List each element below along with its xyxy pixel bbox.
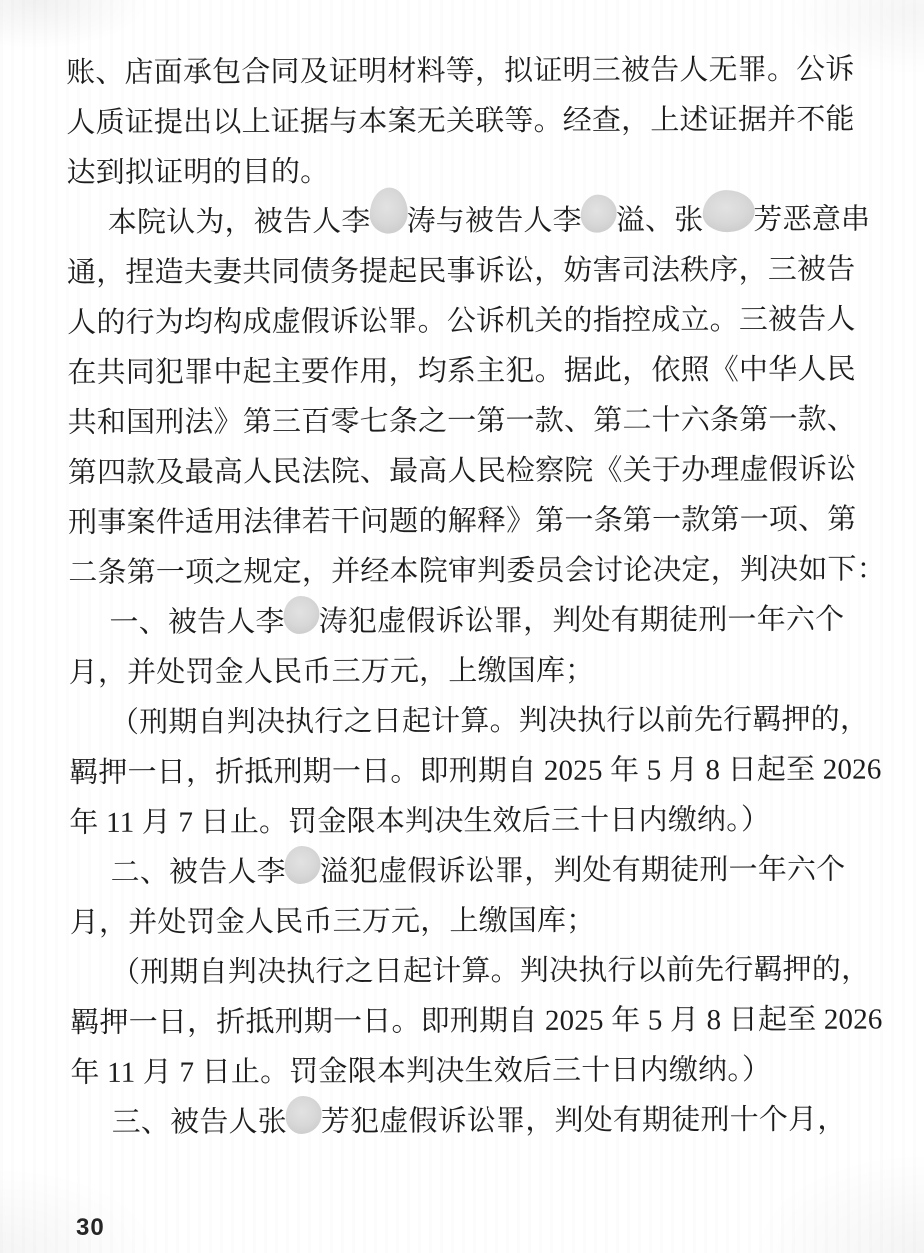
doc-line: 年 11 月 7 日止。罚金限本判决生效后三十日内缴纳。） xyxy=(70,1044,878,1098)
doc-line: 羁押一日，折抵刑期一日。即刑期自 2025 年 5 月 8 日起至 2026 xyxy=(70,994,878,1048)
line-text: 三、被告人张 xyxy=(112,1106,287,1139)
line-text: 涛犯虚假诉讼罪，判处有期徒刑一年六个 xyxy=(319,604,845,638)
doc-line: 年 11 月 7 日止。罚金限本判决生效后三十日内缴纳。） xyxy=(69,794,877,848)
doc-line: 刑事案件适用法律若干问题的解释》第一条第一款第一项、第 xyxy=(68,494,876,548)
redaction-blob xyxy=(286,1096,322,1134)
doc-line-verdict-item-1: 一、被告人李涛犯虚假诉讼罪，判处有期徒刑一年六个 xyxy=(68,594,876,648)
doc-line: 月，并处罚金人民币三万元，上缴国库； xyxy=(70,894,878,948)
doc-line-verdict-item-2: 二、被告人李溢犯虚假诉讼罪，判处有期徒刑一年六个 xyxy=(69,844,877,898)
doc-line: 在共同犯罪中起主要作用，均系主犯。据此，依照《中华人民 xyxy=(67,344,875,398)
doc-line: 人的行为均构成虚假诉讼罪。公诉机关的指控成立。三被告人 xyxy=(67,294,875,348)
redaction-blob xyxy=(369,188,407,234)
line-text: 溢犯虚假诉讼罪，判处有期徒刑一年六个 xyxy=(320,854,846,888)
line-text: 一、被告人李 xyxy=(109,606,284,639)
line-text: 芳犯虚假诉讼罪，判处有期徒刑十个月， xyxy=(321,1104,847,1138)
doc-line: 人质证提出以上证据与本案无关联等。经查，上述证据并不能 xyxy=(66,94,874,148)
doc-line-defendant-names: 本院认为，被告人李涛与被告人李溢、张芳恶意串 xyxy=(67,194,875,248)
doc-line: 月，并处罚金人民币三万元，上缴国库； xyxy=(69,644,877,698)
doc-line-verdict-item-3: 三、被告人张芳犯虚假诉讼罪，判处有期徒刑十个月， xyxy=(71,1094,879,1148)
doc-line: 二条第一项之规定，并经本院审判委员会讨论决定，判决如下： xyxy=(68,544,876,598)
line-text: 溢、张 xyxy=(616,204,704,236)
doc-line: （刑期自判决执行之日起计算。判决执行以前先行羁押的， xyxy=(69,694,877,748)
scanned-judgment-page: 账、店面承包合同及证明材料等，拟证明三被告人无罪。公诉 人质证提出以上证据与本案… xyxy=(0,0,924,1253)
redaction-blob xyxy=(581,195,617,233)
doc-line: 羁押一日，折抵刑期一日。即刑期自 2025 年 5 月 8 日起至 2026 xyxy=(69,744,877,798)
doc-line: 账、店面承包合同及证明材料等，拟证明三被告人无罪。公诉 xyxy=(66,44,874,98)
doc-line: 通，捏造夫妻共同债务提起民事诉讼，妨害司法秩序，三被告 xyxy=(67,244,875,298)
line-text: 涛与被告人李 xyxy=(407,205,582,238)
doc-line: （刑期自判决执行之日起计算。判决执行以前先行羁押的， xyxy=(70,944,878,998)
line-text: 本院认为，被告人李 xyxy=(108,206,371,239)
redaction-blob xyxy=(284,596,320,634)
page-number: 30 xyxy=(76,1214,105,1242)
redaction-blob xyxy=(285,846,321,884)
line-text: 芳恶意串 xyxy=(753,203,870,236)
doc-line: 第四款及最高人民法院、最高人民检察院《关于办理虚假诉讼 xyxy=(68,444,876,498)
doc-line: 共和国刑法》第三百零七条之一第一款、第二十六条第一款、 xyxy=(68,394,876,448)
document-text-block: 账、店面承包合同及证明材料等，拟证明三被告人无罪。公诉 人质证提出以上证据与本案… xyxy=(66,44,879,1148)
line-text: 二、被告人李 xyxy=(111,856,286,889)
redaction-blob xyxy=(702,190,754,232)
doc-line: 达到拟证明的目的。 xyxy=(66,144,874,198)
